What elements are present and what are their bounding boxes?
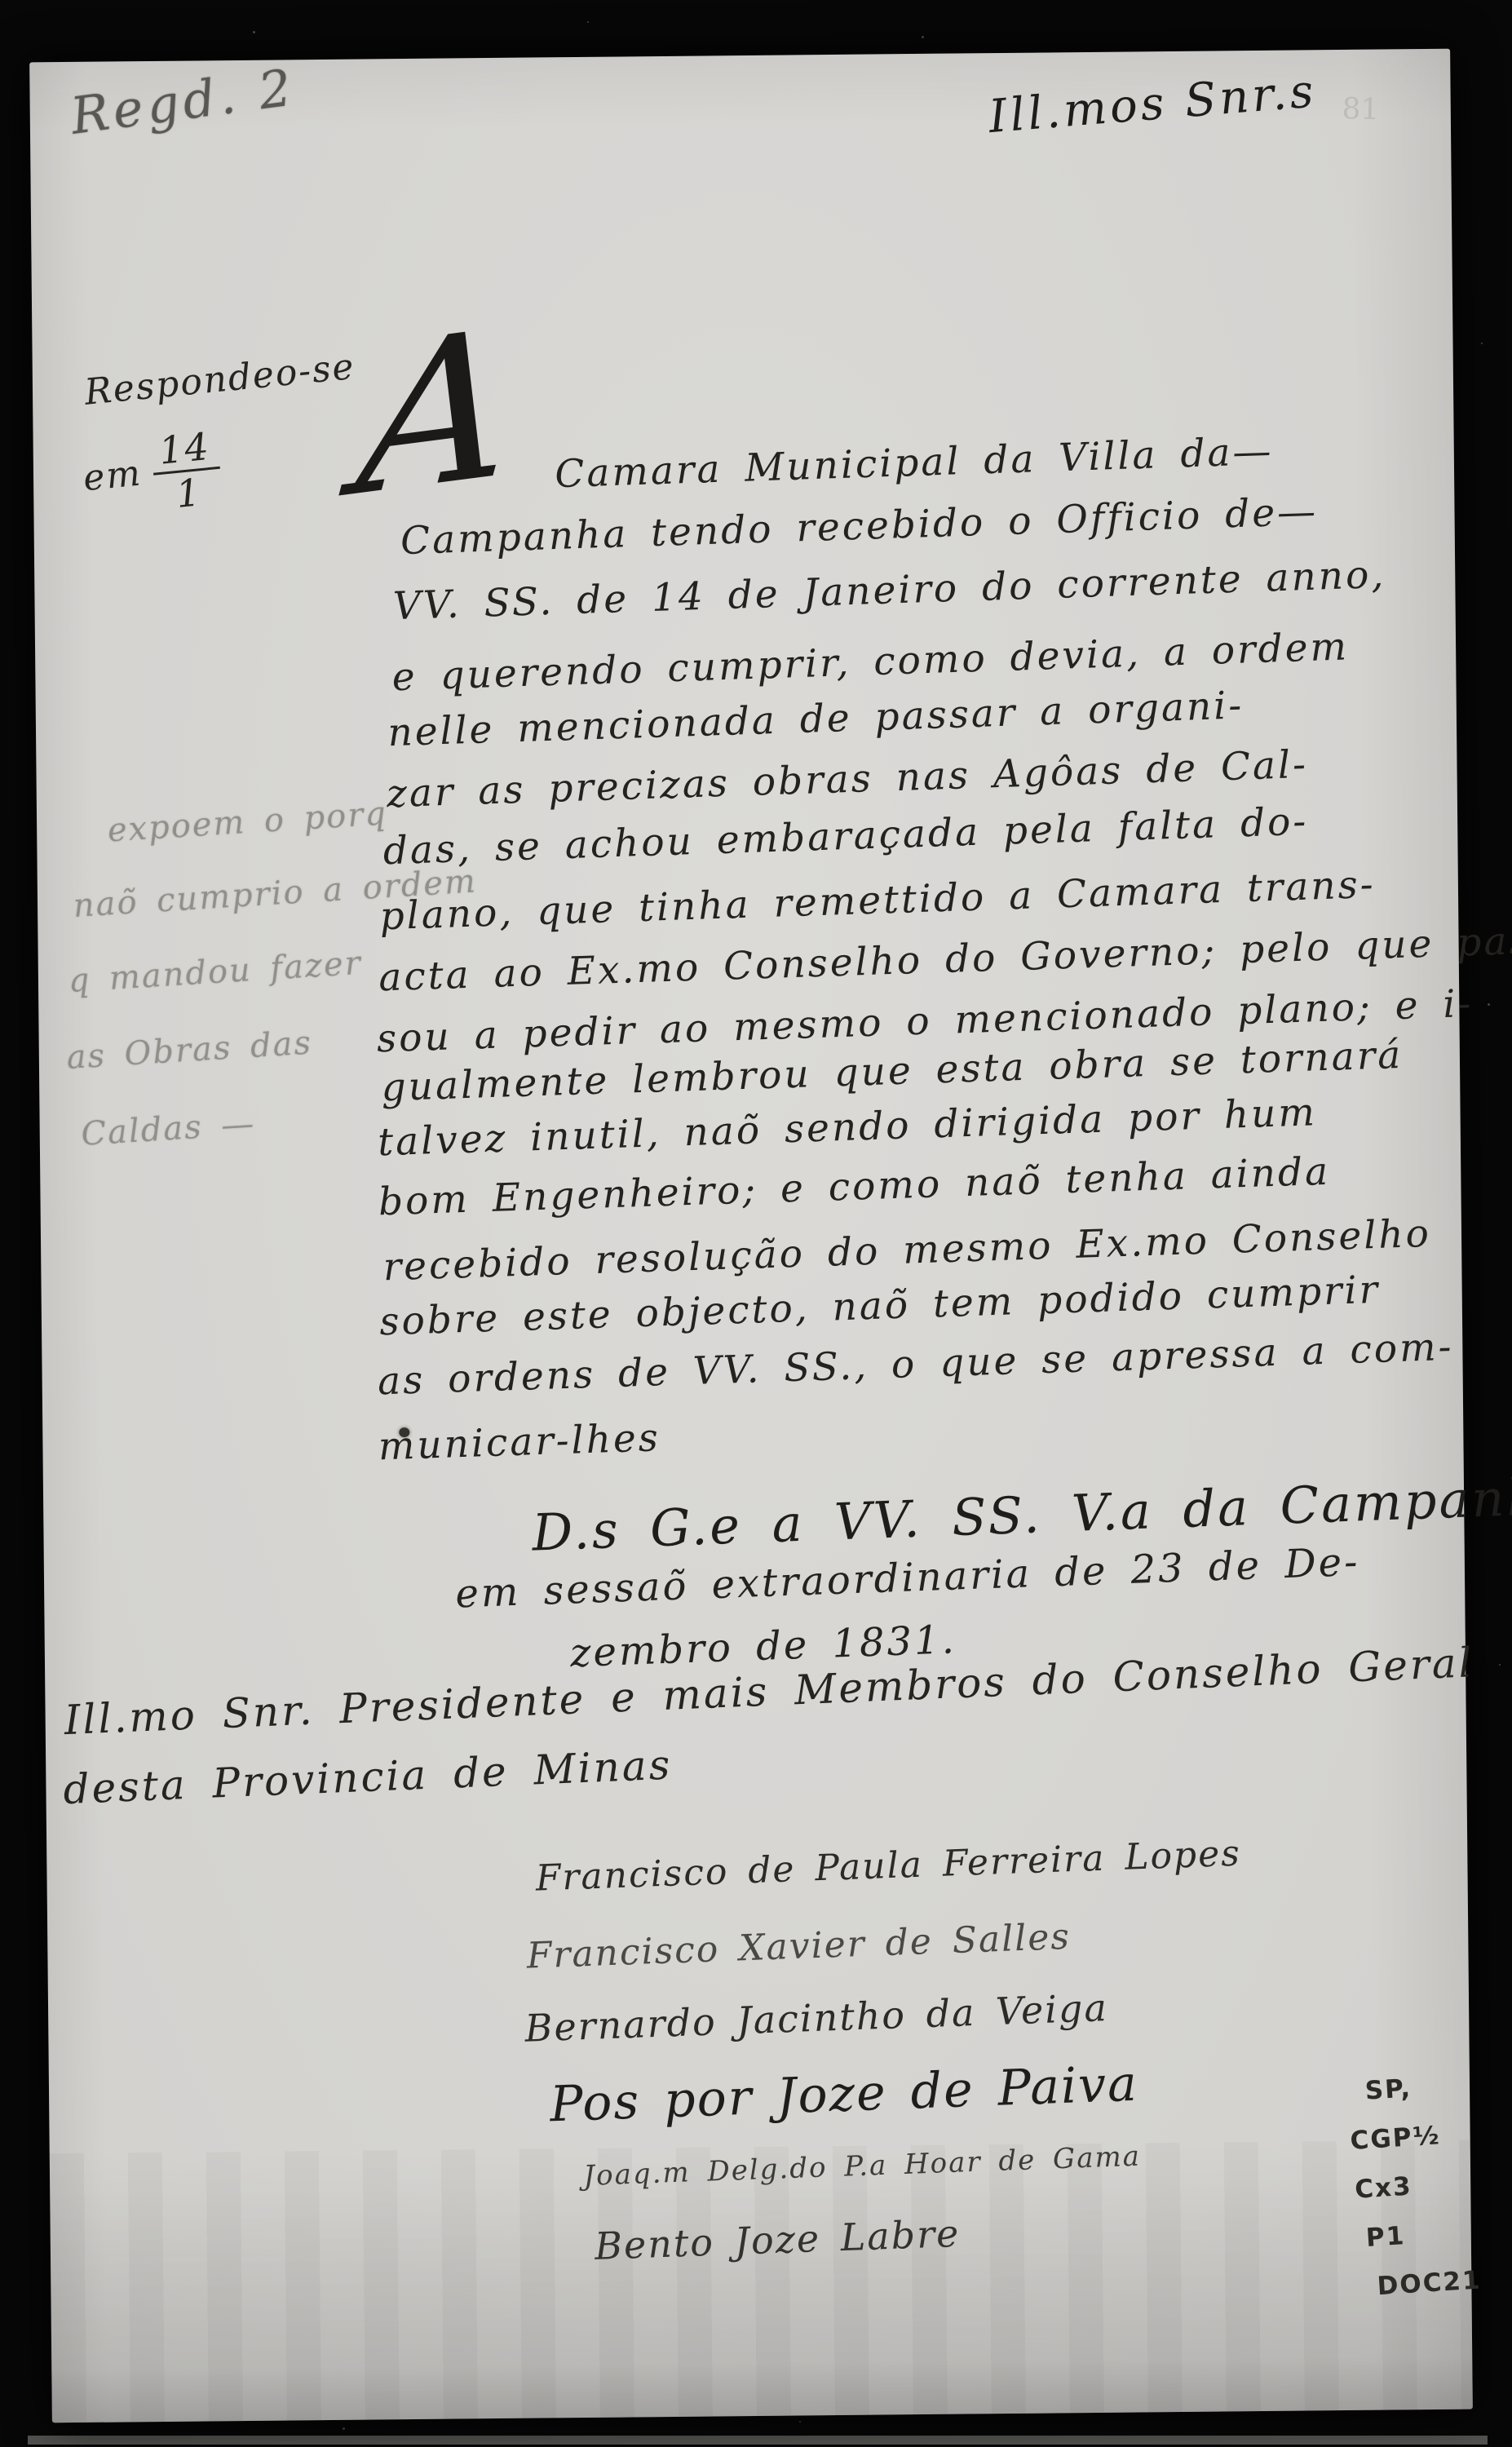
archival-line: P1 bbox=[1364, 2207, 1479, 2263]
handwritten-line: Camara Municipal da Villa da— bbox=[555, 429, 1275, 497]
signature: Bernardo Jacintho da Veiga bbox=[524, 1985, 1109, 2051]
film-speck bbox=[922, 36, 924, 38]
register-pencil-note: Regd. 2 bbox=[68, 57, 299, 146]
document-paper: Regd. 2 81 Ill.mos Snr.s Respondeo-se em… bbox=[29, 49, 1473, 2423]
film-speck bbox=[1481, 343, 1483, 344]
archival-line: CGP½ bbox=[1349, 2109, 1474, 2166]
archival-line: DOC21 bbox=[1376, 2255, 1483, 2311]
margin-pencil-note-line: Caldas — bbox=[80, 1105, 256, 1153]
signature: Bento Joze Labre bbox=[594, 2211, 961, 2268]
film-speck bbox=[799, 2421, 801, 2423]
handwritten-line: VV. SS. de 14 de Janeiro do corrente ann… bbox=[392, 552, 1386, 629]
archival-reference: SP, CGP½ Cx3 P1 DOC21 bbox=[1346, 2060, 1483, 2312]
margin-pencil-note-line: expoem o porq bbox=[107, 794, 389, 849]
response-note-line1: Respondeo-se bbox=[82, 346, 356, 414]
letter-initial: A bbox=[352, 302, 519, 525]
handwritten-line: Campanha tendo recebido o Officio de— bbox=[400, 489, 1319, 564]
film-speck bbox=[587, 21, 589, 23]
response-note-prefix: em bbox=[82, 453, 144, 500]
signature: Joaq.m Delg.do P.a Hoar de Gama bbox=[583, 2140, 1142, 2193]
margin-pencil-note-line: as Obras das bbox=[65, 1024, 313, 1077]
film-speck bbox=[1488, 1003, 1490, 1006]
margin-pencil-note-line: q mandou fazer bbox=[67, 945, 363, 1000]
page-number-pencil: 81 bbox=[1342, 92, 1380, 126]
salutation: Ill.mos Snr.s bbox=[987, 64, 1319, 144]
film-speck bbox=[343, 2427, 345, 2430]
fraction-numerator: 14 bbox=[149, 426, 220, 476]
addressee-line: desta Provincia de Minas bbox=[62, 1741, 673, 1814]
response-date-fraction: 141 bbox=[149, 426, 224, 516]
fraction-denominator: 1 bbox=[175, 471, 204, 515]
film-speck bbox=[1499, 1664, 1501, 1666]
signature: Francisco de Paula Ferreira Lopes bbox=[535, 1833, 1242, 1900]
film-speck bbox=[253, 31, 255, 33]
signature: Francisco Xavier de Salles bbox=[526, 1916, 1072, 1977]
ink-blot bbox=[399, 1427, 409, 1437]
signature: Pos por Joze de Paiva bbox=[549, 2055, 1139, 2134]
archival-line: SP, bbox=[1364, 2060, 1470, 2116]
archival-line: Cx3 bbox=[1354, 2158, 1477, 2215]
scan-edge-strip bbox=[28, 2436, 1488, 2445]
valediction-line: D.s G.e a VV. SS. V.a da Campanha bbox=[531, 1466, 1512, 1563]
response-note-line2: em141 bbox=[80, 426, 225, 523]
handwritten-line: municar-lhes bbox=[378, 1415, 661, 1469]
